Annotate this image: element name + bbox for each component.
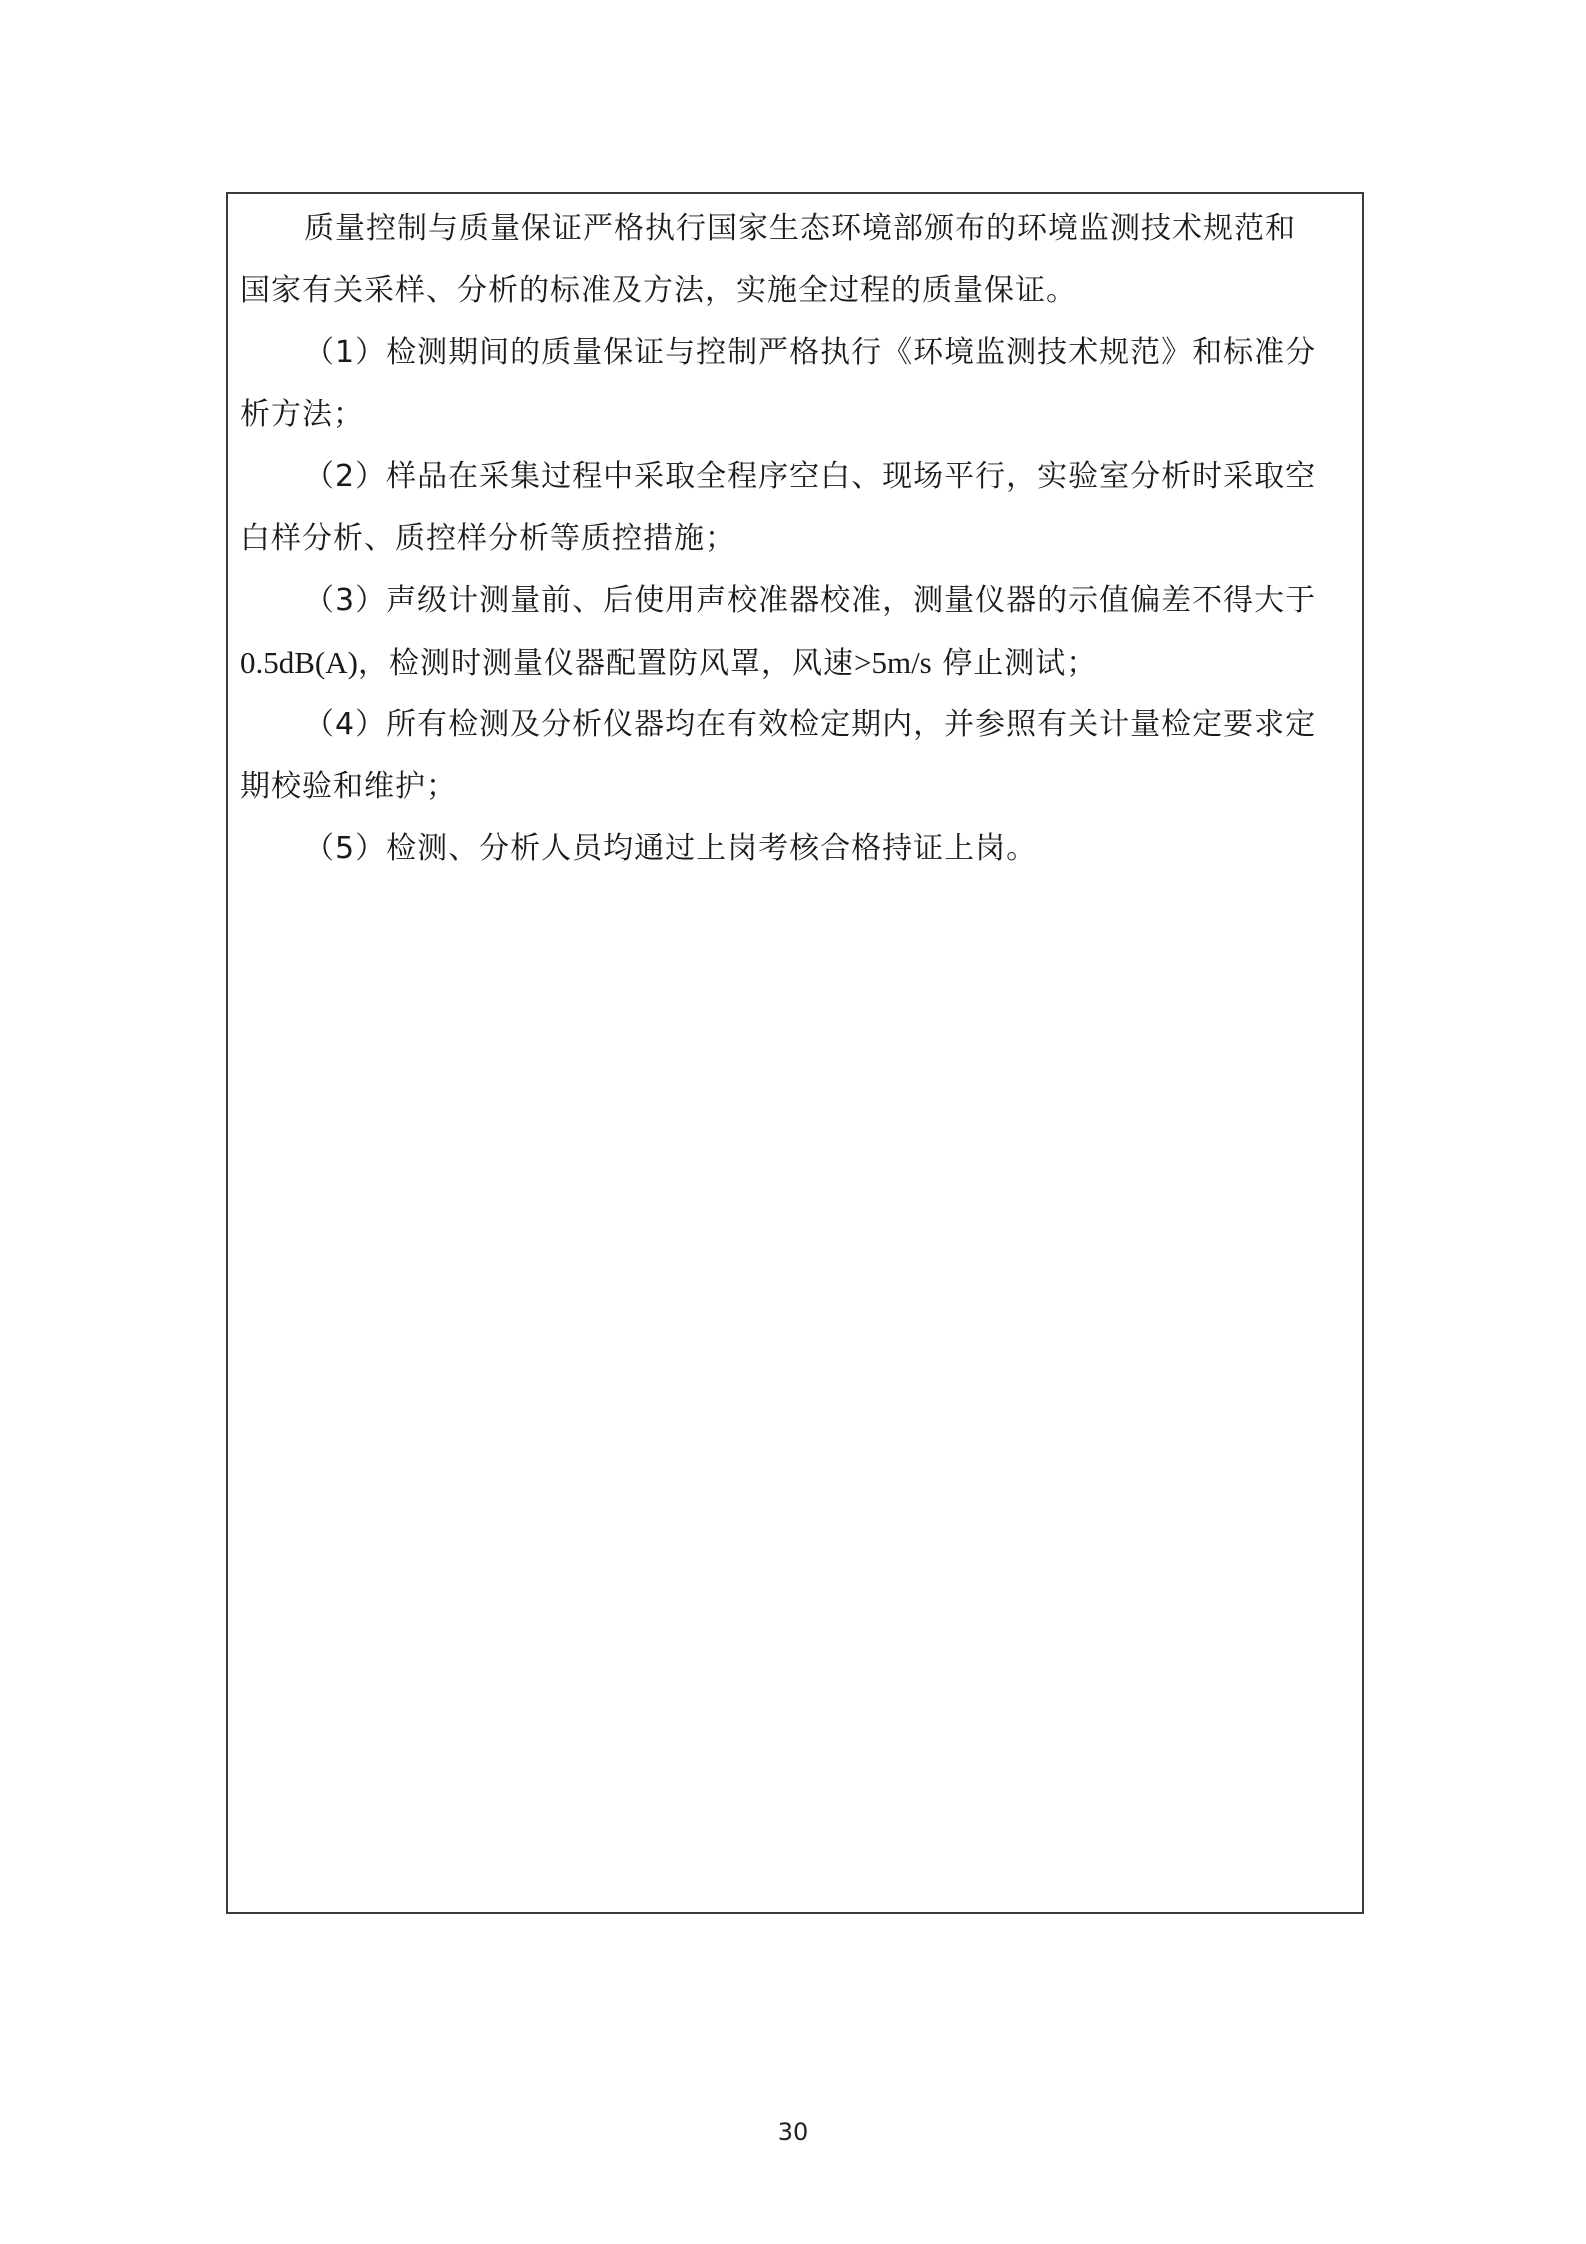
item-1-line-1: （1）检测期间的质量保证与控制严格执行《环境监测技术规范》和标准分 — [240, 322, 1352, 384]
intro-line-2: 国家有关采样、分析的标准及方法，实施全过程的质量保证。 — [240, 260, 1352, 322]
item-2-text: 样品在采集过程中采取全程序空白、现场平行，实验室分析时采取空 — [386, 459, 1316, 494]
deviation-value: 0.5dB(A) — [240, 645, 358, 680]
quality-assurance-text: 质量控制与质量保证严格执行国家生态环境部颁布的环境监测技术规范和 国家有关采样、… — [240, 198, 1352, 880]
item-1-paragraph: （1）检测期间的质量保证与控制严格执行《环境监测技术规范》和标准分 析方法； — [240, 322, 1352, 446]
item-3-line-2-mid: ，检测时测量仪器配置防风罩，风速 — [358, 646, 854, 681]
item-3-line-2-end: 停止测试； — [932, 646, 1098, 681]
item-3-line-2: 0.5dB(A)，检测时测量仪器配置防风罩，风速>5m/s 停止测试； — [240, 632, 1352, 694]
item-3-number: （3） — [304, 583, 386, 618]
item-5-paragraph: （5）检测、分析人员均通过上岗考核合格持证上岗。 — [240, 818, 1352, 880]
item-4-paragraph: （4）所有检测及分析仪器均在有效检定期内，并参照有关计量检定要求定 期校验和维护… — [240, 694, 1352, 818]
item-4-line-2: 期校验和维护； — [240, 756, 1352, 818]
item-2-number: （2） — [304, 459, 386, 494]
item-1-line-2: 析方法； — [240, 384, 1352, 446]
item-2-line-2: 白样分析、质控样分析等质控措施； — [240, 508, 1352, 570]
item-3-text: 声级计测量前、后使用声校准器校准，测量仪器的示值偏差不得大于 — [386, 583, 1316, 618]
item-4-line-1: （4）所有检测及分析仪器均在有效检定期内，并参照有关计量检定要求定 — [240, 694, 1352, 756]
item-2-paragraph: （2）样品在采集过程中采取全程序空白、现场平行，实验室分析时采取空 白样分析、质… — [240, 446, 1352, 570]
item-5-text: 检测、分析人员均通过上岗考核合格持证上岗。 — [386, 831, 1037, 866]
item-3-line-1: （3）声级计测量前、后使用声校准器校准，测量仪器的示值偏差不得大于 — [240, 570, 1352, 632]
item-3-paragraph: （3）声级计测量前、后使用声校准器校准，测量仪器的示值偏差不得大于 0.5dB(… — [240, 570, 1352, 694]
item-5-line-1: （5）检测、分析人员均通过上岗考核合格持证上岗。 — [240, 818, 1352, 880]
item-1-text: 检测期间的质量保证与控制严格执行《环境监测技术规范》和标准分 — [386, 335, 1316, 370]
document-page: 质量控制与质量保证严格执行国家生态环境部颁布的环境监测技术规范和 国家有关采样、… — [0, 0, 1586, 2244]
item-4-text: 所有检测及分析仪器均在有效检定期内，并参照有关计量检定要求定 — [386, 707, 1316, 742]
item-5-number: （5） — [304, 831, 386, 866]
quality-assurance-box: 质量控制与质量保证严格执行国家生态环境部颁布的环境监测技术规范和 国家有关采样、… — [226, 192, 1364, 1914]
wind-speed-value: >5m/s — [854, 645, 932, 680]
item-2-line-1: （2）样品在采集过程中采取全程序空白、现场平行，实验室分析时采取空 — [240, 446, 1352, 508]
page-number: 30 — [0, 2118, 1586, 2146]
item-4-number: （4） — [304, 707, 386, 742]
intro-line-1: 质量控制与质量保证严格执行国家生态环境部颁布的环境监测技术规范和 — [240, 198, 1352, 260]
intro-paragraph: 质量控制与质量保证严格执行国家生态环境部颁布的环境监测技术规范和 国家有关采样、… — [240, 198, 1352, 322]
item-1-number: （1） — [304, 335, 386, 370]
